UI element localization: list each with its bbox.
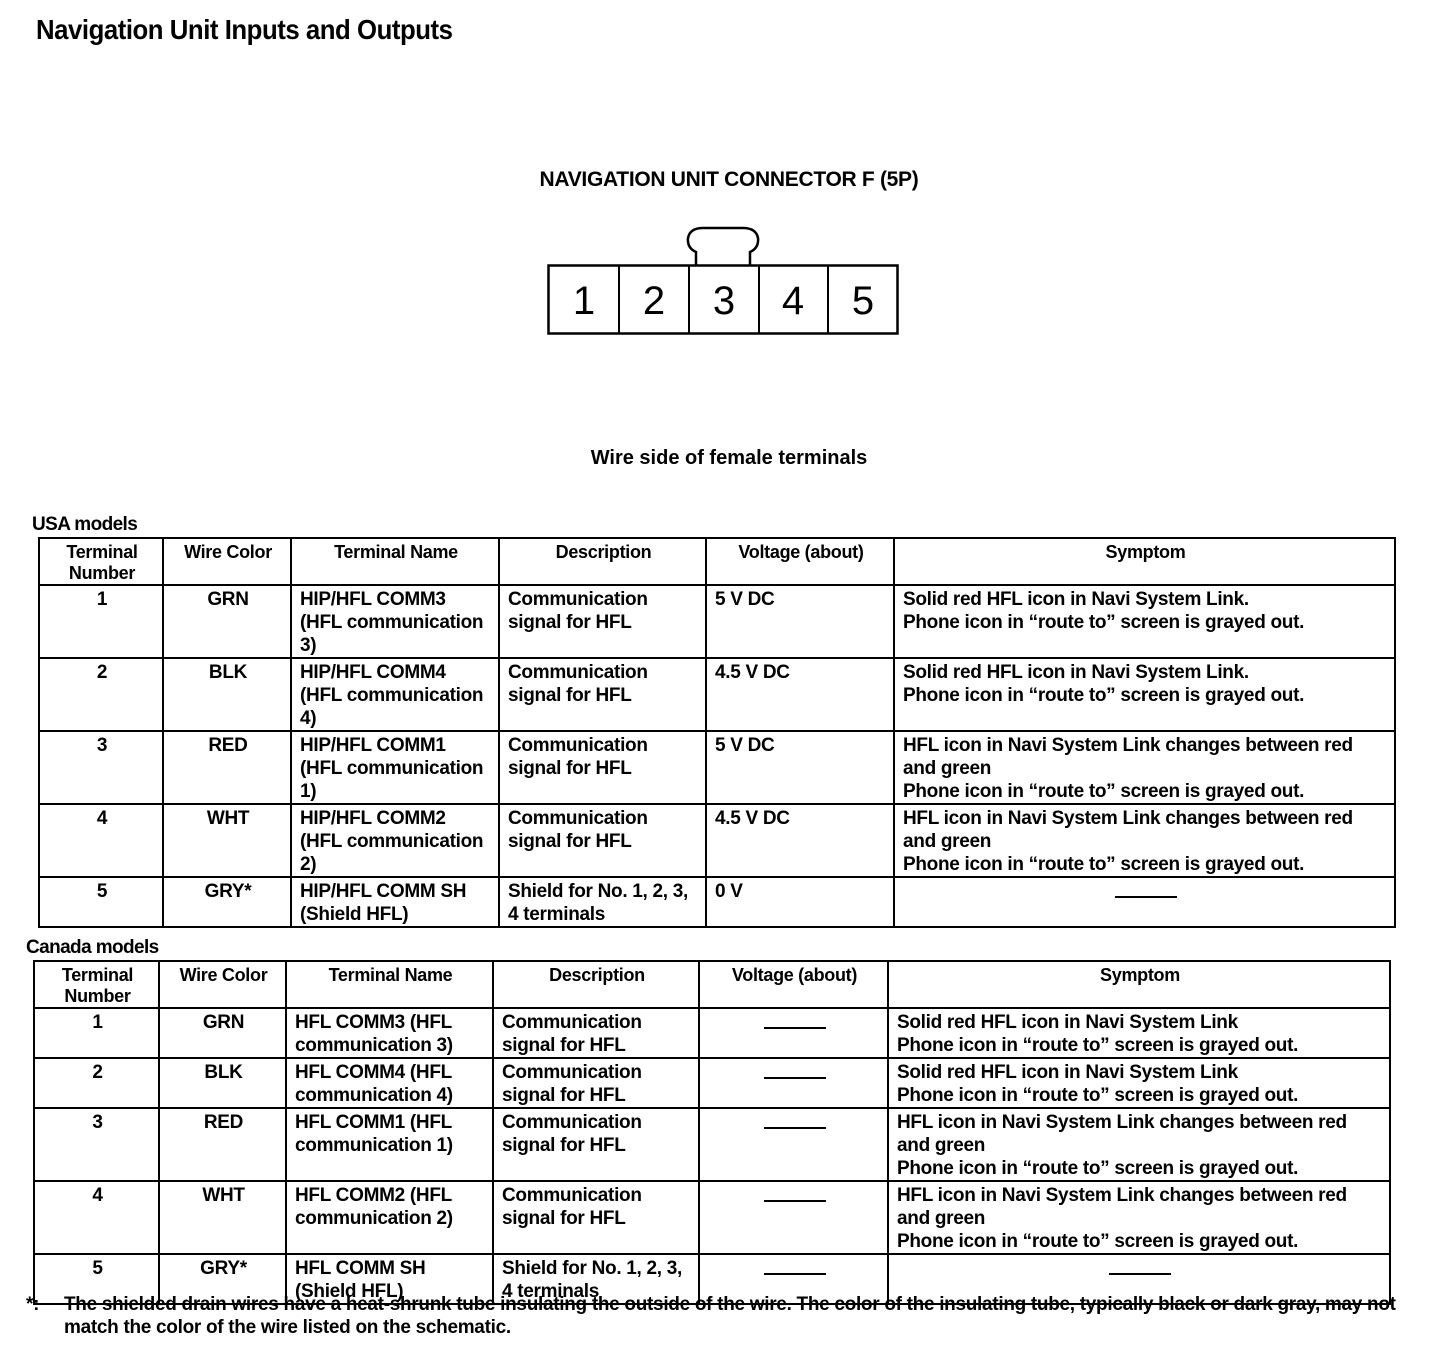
symptom-cell: Solid red HFL icon in Navi System Link.P… (894, 658, 1395, 731)
terminal-name-cell: HIP/HFL COMM2 (HFL communication 2) (291, 804, 499, 877)
symptom-line: Phone icon in “route to” screen is graye… (897, 1034, 1383, 1057)
symptom-line: HFL icon in Navi System Link changes bet… (897, 1184, 1383, 1230)
symptom-line: Phone icon in “route to” screen is graye… (903, 611, 1388, 634)
connector-title: NAVIGATION UNIT CONNECTOR F (5P) (0, 168, 1440, 192)
table-row: 1GRNHIP/HFL COMM3 (HFL communication 3)C… (39, 585, 1395, 658)
usa-pinout-table: Terminal NumberWire ColorTerminal NameDe… (38, 537, 1396, 928)
column-header-wire-color: Wire Color (163, 538, 291, 585)
table-row: 2BLKHIP/HFL COMM4 (HFL communication 4)C… (39, 658, 1395, 731)
description-cell: Communication signal for HFL (493, 1058, 699, 1108)
terminal-number-cell: 3 (34, 1108, 159, 1181)
symptom-line: Phone icon in “route to” screen is graye… (897, 1084, 1383, 1107)
symptom-line: HFL icon in Navi System Link changes bet… (897, 1111, 1383, 1157)
table-row: 2BLKHFL COMM4 (HFL communication 4)Commu… (34, 1058, 1390, 1108)
table-row: 4WHTHFL COMM2 (HFL communication 2)Commu… (34, 1181, 1390, 1254)
not-applicable-dash (764, 1127, 826, 1129)
table-row: 1GRNHFL COMM3 (HFL communication 3)Commu… (34, 1008, 1390, 1058)
terminal-name-cell: HIP/HFL COMM1 (HFL communication 1) (291, 731, 499, 804)
description-cell: Communication signal for HFL (499, 731, 706, 804)
wire-color-cell: BLK (159, 1058, 286, 1108)
column-header-description: Description (493, 961, 699, 1008)
not-applicable-dash (764, 1077, 826, 1079)
table-row: 5GRY*HIP/HFL COMM SH (Shield HFL)Shield … (39, 877, 1395, 927)
table-row: 4WHTHIP/HFL COMM2 (HFL communication 2)C… (39, 804, 1395, 877)
terminal-name-cell: HFL COMM3 (HFL communication 3) (286, 1008, 493, 1058)
symptom-line: Phone icon in “route to” screen is graye… (897, 1157, 1383, 1180)
symptom-line: HFL icon in Navi System Link changes bet… (903, 734, 1388, 780)
voltage-cell (699, 1108, 888, 1181)
terminal-name-cell: HFL COMM1 (HFL communication 1) (286, 1108, 493, 1181)
symptom-line: Phone icon in “route to” screen is graye… (903, 684, 1388, 707)
wire-color-cell: GRN (163, 585, 291, 658)
not-applicable-dash (1109, 1273, 1171, 1275)
terminal-name-cell: HIP/HFL COMM SH (Shield HFL) (291, 877, 499, 927)
terminal-name-cell: HIP/HFL COMM3 (HFL communication 3) (291, 585, 499, 658)
wire-color-cell: GRN (159, 1008, 286, 1058)
symptom-line: Solid red HFL icon in Navi System Link (897, 1061, 1383, 1084)
symptom-line: HFL icon in Navi System Link changes bet… (903, 807, 1388, 853)
terminal-number-cell: 3 (39, 731, 163, 804)
connector-pin-2: 2 (643, 279, 665, 323)
symptom-cell: HFL icon in Navi System Link changes bet… (894, 804, 1395, 877)
connector-pin-4: 4 (782, 279, 804, 323)
wire-color-cell: BLK (163, 658, 291, 731)
connector-pin-3: 3 (713, 279, 735, 323)
column-header-description: Description (499, 538, 706, 585)
description-cell: Communication signal for HFL (493, 1008, 699, 1058)
wire-color-cell: RED (159, 1108, 286, 1181)
column-header-terminal-number: Terminal Number (34, 961, 159, 1008)
terminal-number-cell: 1 (34, 1008, 159, 1058)
not-applicable-dash (764, 1273, 826, 1275)
terminal-number-cell: 5 (39, 877, 163, 927)
canada-models-label: Canada models (26, 937, 159, 959)
description-cell: Communication signal for HFL (499, 804, 706, 877)
symptom-line: Solid red HFL icon in Navi System Link (897, 1011, 1383, 1034)
column-header-terminal-name: Terminal Name (291, 538, 499, 585)
usa-models-label: USA models (32, 514, 137, 536)
terminal-number-cell: 1 (39, 585, 163, 658)
column-header-voltage: Voltage (about) (699, 961, 888, 1008)
description-cell: Communication signal for HFL (499, 585, 706, 658)
symptom-line: Solid red HFL icon in Navi System Link. (903, 661, 1388, 684)
symptom-cell: Solid red HFL icon in Navi System LinkPh… (888, 1058, 1390, 1108)
voltage-cell (699, 1181, 888, 1254)
wire-color-cell: RED (163, 731, 291, 804)
footnote-mark: *: (26, 1293, 39, 1316)
column-header-voltage: Voltage (about) (706, 538, 894, 585)
column-header-symptom: Symptom (894, 538, 1395, 585)
symptom-cell (894, 877, 1395, 927)
description-cell: Shield for No. 1, 2, 3, 4 terminals (499, 877, 706, 927)
connector-diagram: 12345 (547, 224, 899, 336)
terminal-number-cell: 2 (39, 658, 163, 731)
terminal-number-cell: 4 (39, 804, 163, 877)
voltage-cell (699, 1058, 888, 1108)
symptom-cell: HFL icon in Navi System Link changes bet… (888, 1181, 1390, 1254)
not-applicable-dash (764, 1200, 826, 1202)
page-title: Navigation Unit Inputs and Outputs (36, 14, 453, 46)
terminal-name-cell: HIP/HFL COMM4 (HFL communication 4) (291, 658, 499, 731)
voltage-cell: 0 V (706, 877, 894, 927)
description-cell: Communication signal for HFL (493, 1181, 699, 1254)
symptom-cell: HFL icon in Navi System Link changes bet… (894, 731, 1395, 804)
terminal-number-cell: 4 (34, 1181, 159, 1254)
footnote: *: The shielded drain wires have a heat-… (26, 1293, 1426, 1339)
terminal-number-cell: 2 (34, 1058, 159, 1108)
voltage-cell (699, 1008, 888, 1058)
table-header-row: Terminal NumberWire ColorTerminal NameDe… (34, 961, 1390, 1008)
not-applicable-dash (1115, 896, 1177, 898)
voltage-cell: 4.5 V DC (706, 804, 894, 877)
symptom-cell: Solid red HFL icon in Navi System LinkPh… (888, 1008, 1390, 1058)
column-header-terminal-number: Terminal Number (39, 538, 163, 585)
symptom-line: Phone icon in “route to” screen is graye… (903, 853, 1388, 876)
voltage-cell: 5 V DC (706, 731, 894, 804)
column-header-wire-color: Wire Color (159, 961, 286, 1008)
terminal-name-cell: HFL COMM4 (HFL communication 4) (286, 1058, 493, 1108)
symptom-line: Phone icon in “route to” screen is graye… (903, 780, 1388, 803)
table-header-row: Terminal NumberWire ColorTerminal NameDe… (39, 538, 1395, 585)
terminal-name-cell: HFL COMM2 (HFL communication 2) (286, 1181, 493, 1254)
voltage-cell: 4.5 V DC (706, 658, 894, 731)
canada-pinout-table: Terminal NumberWire ColorTerminal NameDe… (33, 960, 1391, 1305)
symptom-line: Phone icon in “route to” screen is graye… (897, 1230, 1383, 1253)
voltage-cell: 5 V DC (706, 585, 894, 658)
description-cell: Communication signal for HFL (499, 658, 706, 731)
wire-color-cell: WHT (159, 1181, 286, 1254)
footnote-text: The shielded drain wires have a heat-shr… (64, 1293, 1426, 1339)
symptom-cell: Solid red HFL icon in Navi System Link.P… (894, 585, 1395, 658)
table-row: 3REDHIP/HFL COMM1 (HFL communication 1)C… (39, 731, 1395, 804)
connector-caption: Wire side of female terminals (0, 447, 1440, 470)
connector-pin-1: 1 (573, 279, 595, 323)
symptom-line: Solid red HFL icon in Navi System Link. (903, 588, 1388, 611)
connector-pin-5: 5 (852, 279, 874, 323)
description-cell: Communication signal for HFL (493, 1108, 699, 1181)
wire-color-cell: GRY* (163, 877, 291, 927)
not-applicable-dash (764, 1027, 826, 1029)
column-header-terminal-name: Terminal Name (286, 961, 493, 1008)
wire-color-cell: WHT (163, 804, 291, 877)
symptom-cell: HFL icon in Navi System Link changes bet… (888, 1108, 1390, 1181)
table-row: 3REDHFL COMM1 (HFL communication 1)Commu… (34, 1108, 1390, 1181)
column-header-symptom: Symptom (888, 961, 1390, 1008)
